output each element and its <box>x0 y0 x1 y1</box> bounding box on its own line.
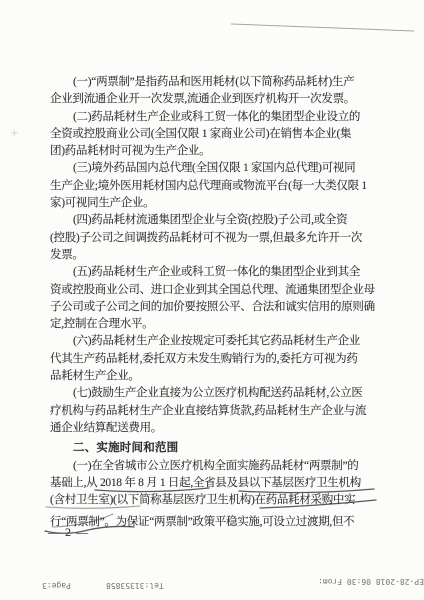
text-line: 行“两票制”。为保证“两票制”政策平稳实施,可设立过渡期,但不 <box>50 514 376 531</box>
text-line: 子公司或子公司之间的加价要按照公平、合法和诚实信用的原则确 <box>50 299 376 316</box>
text-line: (一)“两票制”是指药品和医用耗材(以下简称药品耗材)生产 <box>50 74 376 91</box>
text-line: 团)药品耗材时可视为生产企业。 <box>50 143 376 160</box>
text-line: (五)药品耗材生产企业或科工贸一体化的集团型企业到其全 <box>50 264 376 281</box>
text-line: 定,控制在合理水平。 <box>50 316 376 333</box>
text-line: 基础上,从 2018 年 8 月 1 日起,全省县及县以下基层医疗卫生机构 <box>50 475 376 492</box>
text-line: 生产企业;境外医用耗材国内总代理商或物流平台(每一大类仅限 1 <box>50 178 376 195</box>
text-line: 代其生产药品耗材,委托双方未发生购销行为的,委托方可视为药 <box>50 351 376 368</box>
section-heading: 二、实施时间和范围 <box>50 440 376 457</box>
scanned-document-page: (一)“两票制”是指药品和医用耗材(以下简称药品耗材)生产企业到流通企业开一次发… <box>0 0 424 600</box>
text-line: 资或控股商业公司、进口企业到其全国总代理、流通集团型企业母 <box>50 282 376 299</box>
text-line: (控股)子公司之间调拨药品耗材可不视为一票,但最多允许开一次 <box>50 230 376 247</box>
text-line: (七)鼓励生产企业直接为公立医疗机构配送药品耗材,公立医 <box>50 385 376 402</box>
text-line: 全资或控股商业公司(全国仅限 1 家商业公司)在销售本企业(集 <box>50 126 376 143</box>
text-line: 品耗材生产企业。 <box>50 368 376 385</box>
text-line: 家)可视同生产企业。 <box>50 195 376 212</box>
text-line: 疗机构与药品耗材生产企业直接结算货款,药品耗材生产企业与流 <box>50 403 376 420</box>
text-line: 企业到流通企业开一次发票,流通企业到医疗机构开一次发票。 <box>50 91 376 108</box>
fax-footer-page-label: Page:3 <box>42 581 71 590</box>
text-line: (三)境外药品国内总代理(全国仅限 1 家国内总代理)可视同 <box>50 160 376 177</box>
text-line: (二)药品耗材生产企业或科工贸一体化的集团型企业设立的 <box>50 109 376 126</box>
text-line: 通企业结算配送费用。 <box>50 420 376 437</box>
text-line: (六)药品耗材生产企业按规定可委托其它药品耗材生产企业 <box>50 333 376 350</box>
text-line: (一)在全省城市公立医疗机构全面实施药品耗材“两票制”的 <box>50 458 376 475</box>
margin-plus-mark: + <box>10 128 18 139</box>
fax-footer-tel-label: Tel:31353858 <box>106 581 164 590</box>
fax-footer-from-label: SEP-28-2018 06:30 From: <box>318 577 424 586</box>
text-line: (四)药品耗材流通集团型企业与全资(控股)子公司,或全资 <box>50 212 376 229</box>
text-line: 发票。 <box>50 247 376 264</box>
scan-crease-line <box>231 24 414 31</box>
page-number: — 2 — <box>48 525 89 540</box>
document-body: (一)“两票制”是指药品和医用耗材(以下简称药品耗材)生产企业到流通企业开一次发… <box>50 74 376 532</box>
text-line: (含村卫生室)(以下简称基层医疗卫生机构)在药品耗材采购中实 <box>50 492 376 509</box>
